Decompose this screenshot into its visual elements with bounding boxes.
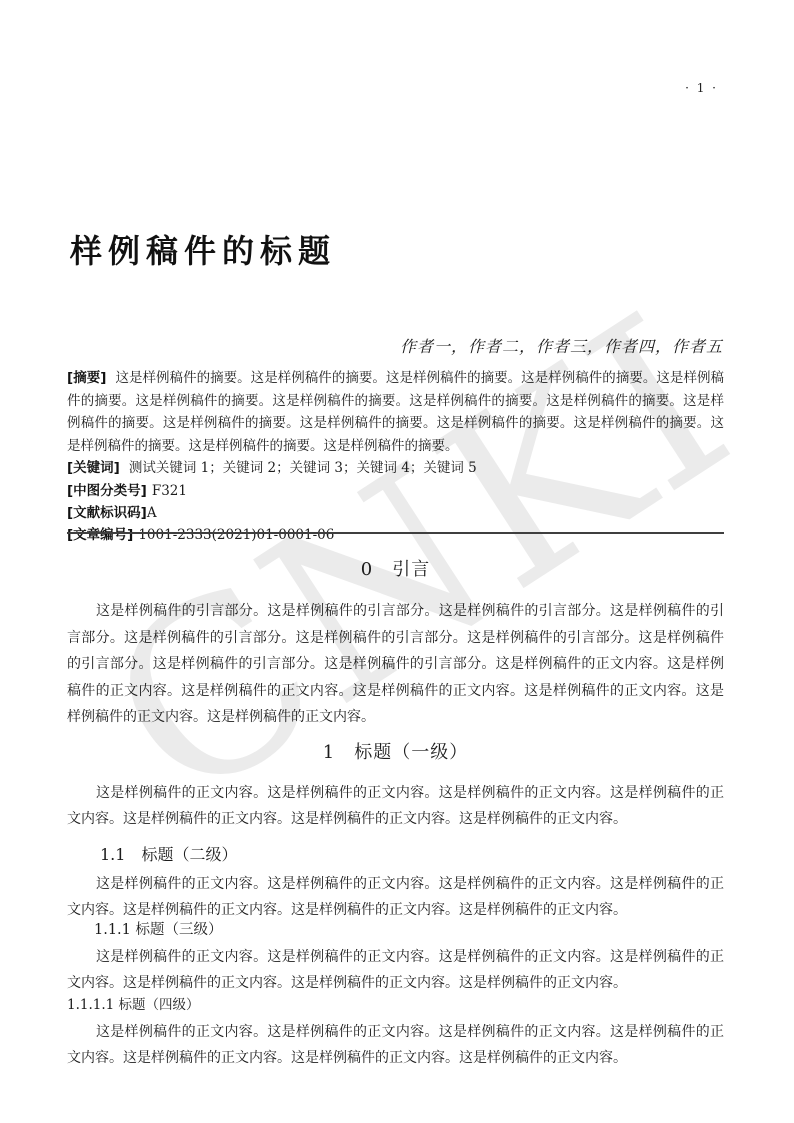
document-page: CNKI · 1 · 样例稿件的标题 作者一，作者二，作者三，作者四，作者五 […	[0, 0, 794, 1123]
article-id-label: [文章编号]	[67, 527, 133, 543]
doc-code-label: [文献标识码]	[67, 505, 147, 521]
keywords-text: 测试关键词 1；关键词 2；关键词 3；关键词 4；关键词 5	[129, 460, 477, 476]
section-heading-level1: 1 标题（一级）	[67, 741, 724, 765]
section-heading-level2: 1.1 标题（二级）	[67, 844, 724, 866]
clc-line: [中图分类号]F321	[67, 480, 724, 502]
authors-line: 作者一，作者二，作者三，作者四，作者五	[400, 334, 723, 357]
abstract-text: 这是样例稿件的摘要。这是样例稿件的摘要。这是样例稿件的摘要。这是样例稿件的摘要。…	[67, 370, 724, 454]
article-id-line: [文章编号]1001-2333(2021)01-0001-06	[67, 524, 724, 546]
abstract-label: [摘要]	[67, 370, 106, 386]
section-paragraph-level3: 这是样例稿件的正文内容。这是样例稿件的正文内容。这是样例稿件的正文内容。这是样例…	[67, 944, 724, 997]
doc-code-line: [文献标识码]A	[67, 502, 724, 524]
section-heading-intro: 0 引言	[67, 558, 724, 582]
header-rule	[67, 532, 724, 534]
doc-code-value: A	[147, 505, 157, 521]
article-id-value: 1001-2333(2021)01-0001-06	[138, 527, 334, 543]
clc-value: F321	[152, 483, 187, 499]
section-heading-level4: 1.1.1.1 标题（四级）	[67, 996, 724, 1014]
article-title: 样例稿件的标题	[70, 226, 336, 272]
keywords-label: [关键词]	[67, 460, 120, 476]
clc-label: [中图分类号]	[67, 483, 147, 499]
section-paragraph-level4: 这是样例稿件的正文内容。这是样例稿件的正文内容。这是样例稿件的正文内容。这是样例…	[67, 1019, 724, 1072]
page-number: · 1 ·	[685, 81, 718, 95]
article-body: 0 引言 这是样例稿件的引言部分。这是样例稿件的引言部分。这是样例稿件的引言部分…	[67, 545, 724, 1072]
section-paragraph-intro: 这是样例稿件的引言部分。这是样例稿件的引言部分。这是样例稿件的引言部分。这是样例…	[67, 598, 724, 731]
section-paragraph-level1: 这是样例稿件的正文内容。这是样例稿件的正文内容。这是样例稿件的正文内容。这是样例…	[67, 780, 724, 833]
abstract-paragraph: [摘要]这是样例稿件的摘要。这是样例稿件的摘要。这是样例稿件的摘要。这是样例稿件…	[67, 367, 724, 457]
keywords-line: [关键词]测试关键词 1；关键词 2；关键词 3；关键词 4；关键词 5	[67, 457, 724, 480]
front-matter: [摘要]这是样例稿件的摘要。这是样例稿件的摘要。这是样例稿件的摘要。这是样例稿件…	[67, 367, 724, 546]
section-paragraph-level2: 这是样例稿件的正文内容。这是样例稿件的正文内容。这是样例稿件的正文内容。这是样例…	[67, 871, 724, 924]
